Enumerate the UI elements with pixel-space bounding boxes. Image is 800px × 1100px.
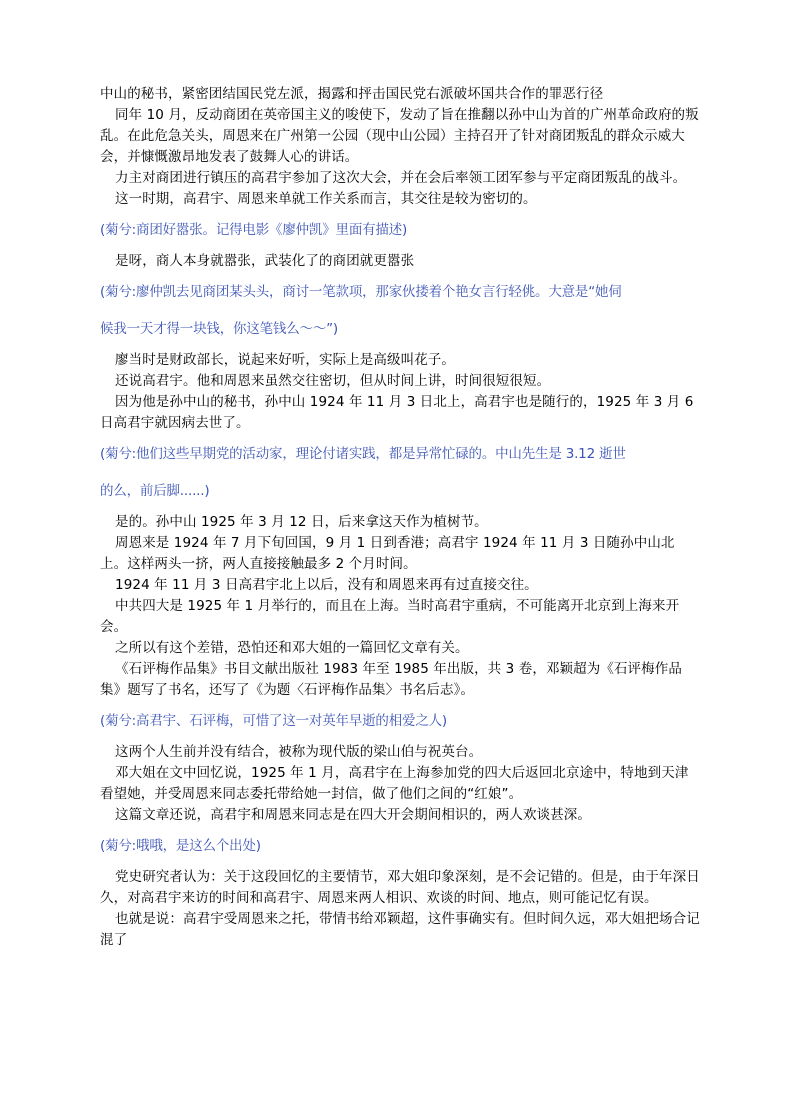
spacer (100, 434, 700, 444)
spacer (100, 340, 700, 350)
spacer (100, 857, 700, 867)
document-page: 中山的秘书，紧密团结国民党左派，揭露和抨击国民党右派破坏国共合作的罪恶行径 同年… (100, 84, 700, 951)
paragraph: 是的。孙中山 1925 年 3 月 12 日，后来拿这天作为植树节。 (100, 512, 700, 533)
paragraph: 《石评梅作品集》书目文献出版社 1983 年至 1985 年出版，共 3 卷，邓… (100, 659, 700, 701)
spacer (100, 502, 700, 512)
paragraph: 这篇文章还说，高君宇和周恩来同志是在四大开会期间相识的，两人欢谈甚深。 (100, 805, 700, 826)
spacer (100, 826, 700, 836)
comment-note: 候我一天才得一块钱，你这笔钱么～～”) (100, 319, 700, 340)
spacer (100, 701, 700, 711)
paragraph: 中山的秘书，紧密团结国民党左派，揭露和抨击国民党右派破坏国共合作的罪恶行径 (100, 84, 700, 105)
comment-note: (菊兮:高君宇、石评梅，可惜了这一对英年早逝的相爱之人) (100, 711, 700, 732)
comment-note: (菊兮:廖仲凯去见商团某头头，商讨一笔款项，那家伙搂着个艳女言行轻佻。大意是“她… (100, 282, 700, 303)
paragraph: 党史研究者认为：关于这段回忆的主要情节，邓大姐印象深刻，是不会记错的。但是，由于… (100, 867, 700, 909)
spacer (100, 465, 700, 481)
paragraph: 邓大姐在文中回忆说，1925 年 1 月，高君宇在上海参加党的四大后返回北京途中… (100, 763, 700, 805)
paragraph: 是呀，商人本身就嚣张，武装化了的商团就更嚣张 (100, 251, 700, 272)
paragraph: 1924 年 11 月 3 日高君宇北上以后，没有和周恩来再有过直接交往。 (100, 575, 700, 596)
comment-note: (菊兮:他们这些早期党的活动家，理论付诸实践，都是异常忙碌的。中山先生是 3.1… (100, 444, 700, 465)
comment-note: (菊兮:商团好嚣张。记得电影《廖仲凯》里面有描述) (100, 220, 700, 241)
paragraph: 还说高君宇。他和周恩来虽然交往密切，但从时间上讲，时间很短很短。 (100, 371, 700, 392)
paragraph: 这一时期，高君宇、周恩来单就工作关系而言，其交往是较为密切的。 (100, 189, 700, 210)
spacer (100, 272, 700, 282)
paragraph: 廖当时是财政部长，说起来好听，实际上是高级叫花子。 (100, 350, 700, 371)
spacer (100, 303, 700, 319)
paragraph: 中共四大是 1925 年 1 月举行的，而且在上海。当时高君宇重病，不可能离开北… (100, 596, 700, 638)
paragraph: 之所以有这个差错，恐怕还和邓大姐的一篇回忆文章有关。 (100, 638, 700, 659)
spacer (100, 241, 700, 251)
paragraph: 因为他是孙中山的秘书，孙中山 1924 年 11 月 3 日北上，高君宇也是随行… (100, 392, 700, 434)
spacer (100, 210, 700, 220)
paragraph: 周恩来是 1924 年 7 月下旬回国，9 月 1 日到香港；高君宇 1924 … (100, 533, 700, 575)
paragraph: 这两个人生前并没有结合，被称为现代版的梁山伯与祝英台。 (100, 742, 700, 763)
paragraph: 力主对商团进行镇压的高君宇参加了这次大会，并在会后率领工团军参与平定商团叛乱的战… (100, 168, 700, 189)
paragraph: 也就是说：高君宇受周恩来之托，带情书给邓颖超，这件事确实有。但时间久远，邓大姐把… (100, 909, 700, 951)
comment-note: (菊兮:哦哦，是这么个出处) (100, 836, 700, 857)
comment-note: 的么，前后脚......) (100, 481, 700, 502)
spacer (100, 732, 700, 742)
paragraph: 同年 10 月，反动商团在英帝国主义的唆使下，发动了旨在推翻以孙中山为首的广州革… (100, 105, 700, 168)
